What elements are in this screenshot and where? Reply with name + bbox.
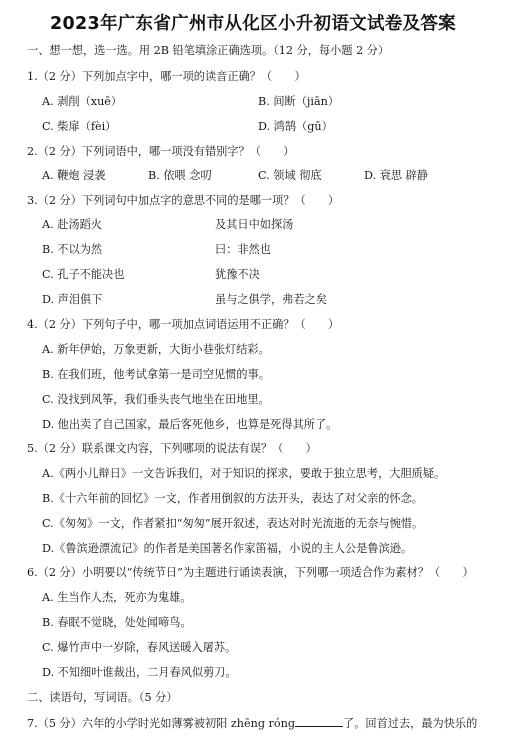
q6-option-c[interactable]: C. 爆竹声中一岁除，春风送暖入屠苏。 — [42, 641, 236, 655]
q5-option-c[interactable]: C.《匆匆》一文，作者紧扣“匆匆”展开叙述，表达对时光流逝的无奈与惋惜。 — [42, 517, 423, 531]
q3-option-a-compare: 及其日中如探汤 — [215, 218, 293, 232]
q6-option-a[interactable]: A. 生当作人杰，死亦为鬼雄。 — [42, 591, 191, 605]
q4-option-c[interactable]: C. 没找到风筝，我们垂头丧气地坐在田地里。 — [42, 393, 270, 407]
q4-option-a[interactable]: A. 新年伊始，万象更新，大街小巷张灯结彩。 — [42, 343, 270, 357]
q1-option-b[interactable]: B. 间断（jiān） — [258, 95, 339, 109]
q3-option-d-compare: 虽与之俱学，弗若之矣 — [215, 293, 327, 307]
page-title: 2023年广东省广州市从化区小升初语文试卷及答案 — [0, 10, 506, 35]
question-4-stem: 4.（2 分）下列句子中，哪一项加点词语运用不正确？（ ） — [27, 318, 339, 332]
question-6-stem: 6.（2 分）小明要以“传统节日”为主题进行诵读表演，下列哪一项适合作为素材？（… — [27, 566, 474, 580]
q7-text-after: 了。回首过去，最为快乐的 — [343, 717, 477, 730]
q3-option-c[interactable]: C. 孔子不能决也 — [42, 268, 124, 282]
q7-text-before: 7.（5 分）六年的小学时光如薄雾被初阳 zhēng róng — [27, 717, 295, 730]
section1-heading: 一、想一想，选一选。用 2B 铅笔填涂正确选项。（12 分，每小题 2 分） — [27, 44, 389, 58]
question-1-stem: 1.（2 分）下列加点字中，哪一项的读音正确？（ ） — [27, 70, 306, 84]
question-2-stem: 2.（2 分）下列词语中，哪一项没有错别字？（ ） — [27, 145, 294, 159]
q6-option-b[interactable]: B. 春眠不觉晓，处处闻啼鸟。 — [42, 616, 192, 630]
q3-option-d[interactable]: D. 声泪俱下 — [42, 293, 102, 307]
exam-page: 2023年广东省广州市从化区小升初语文试卷及答案 一、想一想，选一选。用 2B … — [0, 0, 506, 742]
q1-option-c[interactable]: C. 柴扉（fèi） — [42, 120, 116, 134]
q1-option-d[interactable]: D. 鸿鹄（gū） — [258, 120, 333, 134]
q2-option-b[interactable]: B. 依喂 念叨 — [148, 169, 212, 183]
q3-option-a[interactable]: A. 赴汤蹈火 — [42, 218, 102, 232]
q5-option-a[interactable]: A.《两小儿辩日》一文告诉我们，对于知识的探求，要敢于独立思考，大胆质疑。 — [42, 467, 445, 481]
question-3-stem: 3.（2 分）下列词句中加点字的意思不同的是哪一项？（ ） — [27, 194, 339, 208]
q5-option-d[interactable]: D.《鲁滨逊漂流记》的作者是美国著名作家笛福，小说的主人公是鲁滨逊。 — [42, 542, 412, 556]
q1-option-a[interactable]: A. 剥削（xuē） — [42, 95, 122, 109]
q3-option-b-compare: 曰：非然也 — [215, 243, 271, 257]
q2-option-a[interactable]: A. 鞭炮 浸袭 — [42, 169, 106, 183]
section2-heading: 二、读语句，写词语。（5 分） — [27, 691, 178, 705]
q4-option-b[interactable]: B. 在我们班，他考试拿第一是司空见惯的事。 — [42, 368, 270, 382]
q2-option-d[interactable]: D. 衰思 辟静 — [364, 169, 428, 183]
q3-option-c-compare: 犹豫不决 — [215, 268, 260, 282]
q4-option-d[interactable]: D. 他出卖了自己国家，最后客死他乡，也算是死得其所了。 — [42, 418, 337, 432]
q5-option-b[interactable]: B.《十六年前的回忆》一文，作者用倒叙的方法开头，表达了对父亲的怀念。 — [42, 492, 423, 506]
q6-option-d[interactable]: D. 不知细叶谁裁出，二月春风似剪刀。 — [42, 666, 237, 680]
q7-answer-blank[interactable] — [295, 715, 343, 727]
q2-option-c[interactable]: C. 领域 彻底 — [258, 169, 322, 183]
q3-option-b[interactable]: B. 不以为然 — [42, 243, 102, 257]
question-7-stem: 7.（5 分）六年的小学时光如薄雾被初阳 zhēng róng了。回首过去，最为… — [27, 715, 477, 731]
question-5-stem: 5.（2 分）联系课文内容，下列哪项的说法有误？（ ） — [27, 442, 317, 456]
